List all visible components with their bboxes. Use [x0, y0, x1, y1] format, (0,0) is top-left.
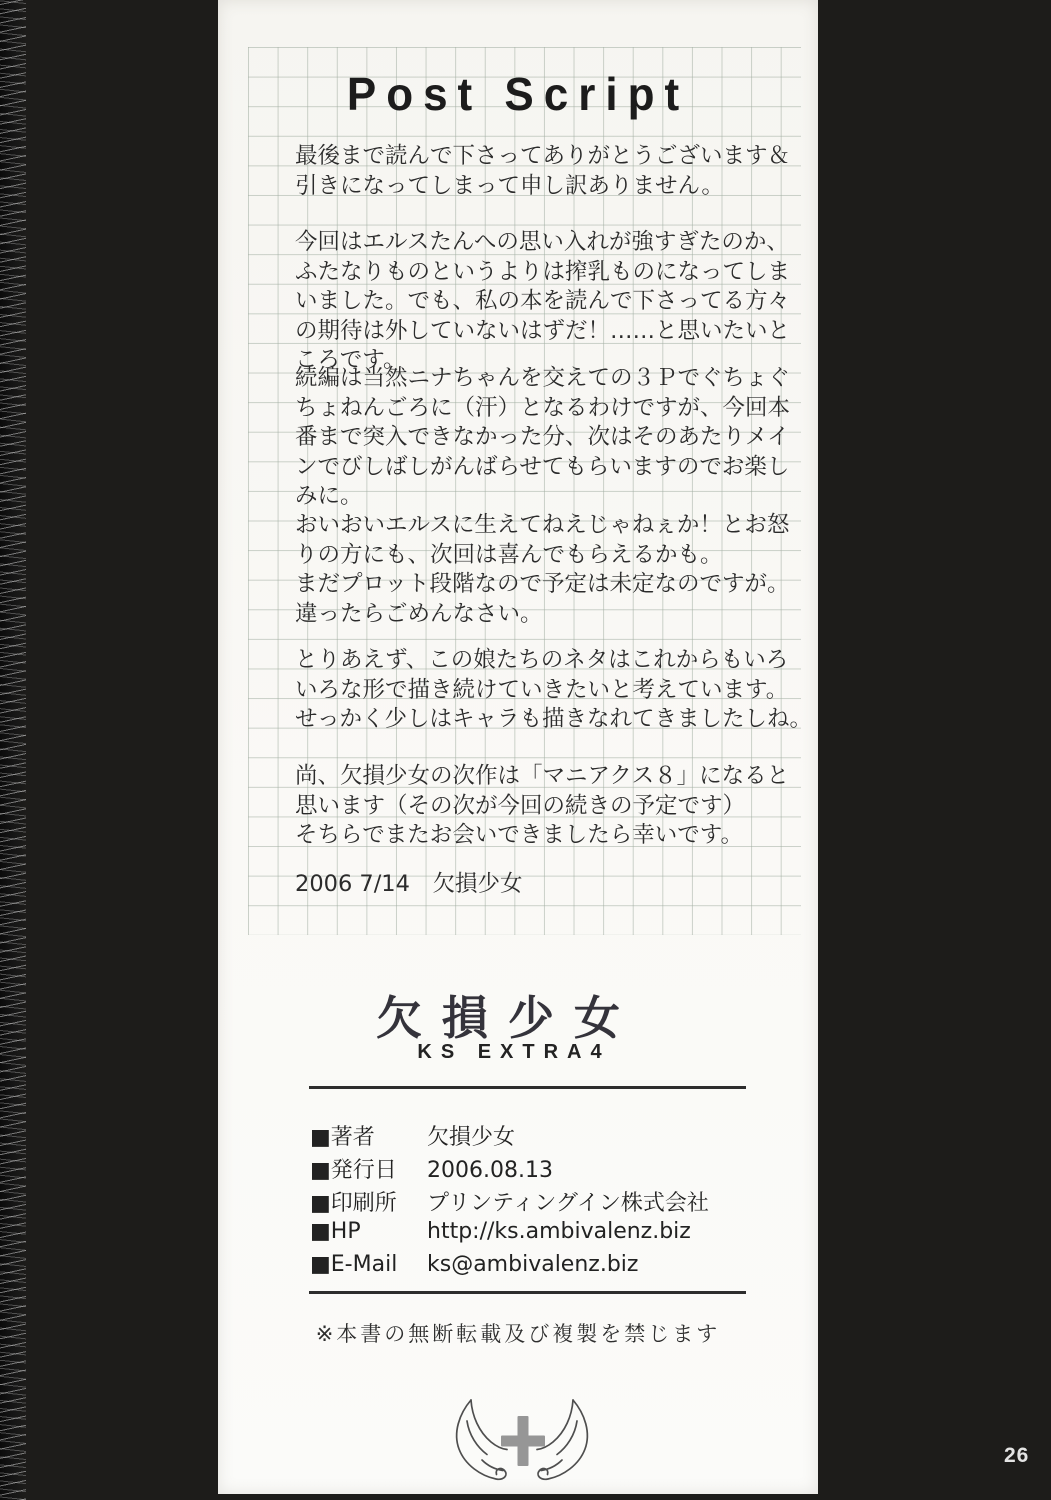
postscript-paragraph: 尚、欠損少女の次作は「マニアクス８」になると思います（その次が今回の続きの予定で… — [295, 762, 795, 851]
text-line: りの方にも、次回は喜んでもらえるかも。 — [295, 541, 795, 571]
colophon-row-printer: ■印刷所プリンティングイン株式会社 — [310, 1186, 709, 1217]
cross-icon — [501, 1416, 545, 1466]
colophon-label: ■印刷所 — [310, 1186, 427, 1217]
colophon-value: プリンティングイン株式会社 — [427, 1191, 709, 1216]
text-line: 引きになってしまって申し訳ありません。 — [295, 172, 795, 202]
text-line: いろな形で描き続けていきたいと考えています。 — [295, 676, 795, 706]
page-number: 26 — [1004, 1444, 1029, 1468]
colophon-row-publish-date: ■発行日2006.08.13 — [310, 1153, 553, 1184]
colophon-row-author: ■著者欠損少女 — [310, 1120, 515, 1151]
text-line: おいおいエルスに生えてねえじゃねぇか！とお怒 — [295, 511, 795, 541]
postscript-paragraph: 続編は当然ニナちゃんを交えての３Ｐでぐちょぐちょねんごろに（汗）となるわけですが… — [295, 364, 795, 512]
text-line: ふたなりものというよりは搾乳ものになってしま — [295, 258, 795, 288]
divider-line — [309, 1291, 746, 1294]
postscript-paragraph: 今回はエルスたんへの思い入れが強すぎたのか、ふたなりものというよりは搾乳ものにな… — [295, 228, 795, 376]
winged-cross-icon — [452, 1397, 592, 1485]
colophon-label: ■著者 — [310, 1120, 427, 1151]
text-line: ンでびしばしがんばらせてもらいますのでお楽し — [295, 453, 795, 483]
binding-edge-texture — [0, 0, 26, 1500]
colophon-label: ■発行日 — [310, 1153, 427, 1184]
colophon-value: ks@ambivalenz.biz — [427, 1252, 638, 1277]
winged-cross-emblem — [452, 1397, 592, 1485]
text-line: 尚、欠損少女の次作は「マニアクス８」になると — [295, 762, 795, 792]
book-subtitle: KS EXTRA4 — [214, 1041, 814, 1064]
text-line: まだプロット段階なので予定は未定なのですが。 — [295, 570, 795, 600]
postscript-title: Post Script — [218, 69, 818, 122]
colophon-label: ■E-Mail — [310, 1252, 427, 1277]
text-line: そちらでまたお会いできましたら幸いです。 — [295, 821, 795, 851]
colophon-value: 欠損少女 — [427, 1125, 515, 1150]
text-line: とりあえず、この娘たちのネタはこれからもいろ — [295, 646, 795, 676]
text-line: いました。でも、私の本を読んで下さってる方々 — [295, 287, 795, 317]
text-line: 今回はエルスたんへの思い入れが強すぎたのか、 — [295, 228, 795, 258]
wing-left-icon — [457, 1400, 507, 1479]
text-line: 違ったらごめんなさい。 — [295, 600, 795, 630]
divider-line — [309, 1086, 746, 1089]
colophon-value: http://ks.ambivalenz.biz — [427, 1219, 691, 1244]
postscript-paragraph: おいおいエルスに生えてねえじゃねぇか！とお怒りの方にも、次回は喜んでもらえるかも… — [295, 511, 795, 629]
copyright-notice: ※本書の無断転載及び複製を禁じます — [218, 1318, 818, 1348]
date-signature-line: 2006 7/14 欠損少女 — [295, 866, 522, 898]
text-line: 最後まで読んで下さってありがとうございます＆ — [295, 142, 795, 172]
colophon-row-email: ■E-Mailks@ambivalenz.biz — [310, 1252, 638, 1277]
text-line: みに。 — [295, 482, 795, 512]
colophon-row-homepage: ■HPhttp://ks.ambivalenz.biz — [310, 1219, 691, 1244]
text-line: 続編は当然ニナちゃんを交えての３Ｐでぐちょぐ — [295, 364, 795, 394]
text-line: せっかく少しはキャラも描きなれてきましたしね。 — [295, 705, 795, 735]
text-line: 番まで突入できなかった分、次はそのあたりメイ — [295, 423, 795, 453]
text-line: の期待は外していないはずだ！……と思いたいと — [295, 317, 795, 347]
postscript-paragraph: とりあえず、この娘たちのネタはこれからもいろいろな形で描き続けていきたいと考えて… — [295, 646, 795, 735]
colophon-label: ■HP — [310, 1219, 427, 1244]
book-title: 欠損少女 — [208, 982, 808, 1048]
text-line: ちょねんごろに（汗）となるわけですが、今回本 — [295, 394, 795, 424]
text-line: 思います（その次が今回の続きの予定です） — [295, 792, 795, 822]
postscript-paragraph: 最後まで読んで下さってありがとうございます＆引きになってしまって申し訳ありません… — [295, 142, 795, 201]
colophon-value: 2006.08.13 — [427, 1158, 553, 1183]
paper-page: Post Script 最後まで読んで下さってありがとうございます＆引きになって… — [218, 0, 818, 1494]
